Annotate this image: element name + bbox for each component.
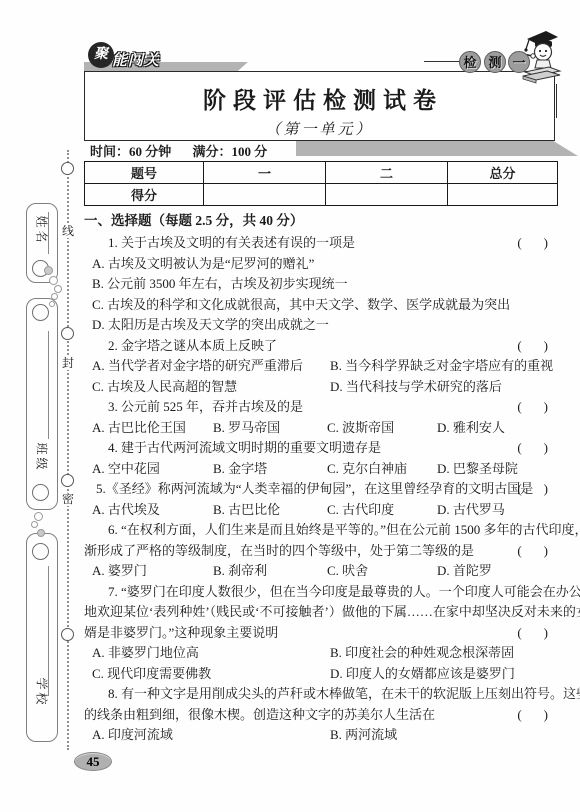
- brand-logo-head: 聚: [88, 42, 114, 68]
- question-text: 8. 有一种文字是用削成尖头的芦秆或木棒做笔，在未干的软泥版上压刻出符号。这些符…: [108, 686, 580, 701]
- chain-dot: [49, 301, 55, 307]
- option-text: C. 波斯帝国: [327, 418, 394, 439]
- paper-subtitle: （第一单元）: [85, 118, 554, 139]
- answer-bracket[interactable]: (): [517, 336, 548, 357]
- school-label: 学校: [34, 677, 51, 707]
- option-text: D. 巴黎圣母院: [437, 459, 518, 480]
- exam-meta: 时间：60 分钟 满分：100 分: [90, 141, 285, 160]
- option-text: A. 印度河流域: [92, 725, 173, 746]
- section-heading: 一、选择题（每题 2.5 分，共 40 分）: [84, 209, 303, 229]
- col-question-number: 题号: [85, 162, 204, 184]
- chain-dot: [51, 293, 58, 300]
- brand-logo-tail: 能闯关: [112, 49, 160, 70]
- full-score: 满分：100 分: [193, 144, 268, 159]
- option-text: D. 雅利安人: [437, 418, 505, 439]
- question-line: 婿是非婆罗门。”这种现象主要说明(): [84, 623, 558, 644]
- tag-ring: [32, 484, 49, 501]
- option-text: B. 印度社会的种姓观念根深蒂固: [330, 643, 514, 664]
- option-line: C. 古埃及人民高超的智慧D. 当代科技与学术研究的落后: [84, 377, 558, 398]
- page-number-badge: 45: [74, 752, 112, 771]
- score-cell-one[interactable]: [204, 184, 326, 206]
- question-text: 6. “在权利方面，人们生来是而且始终是平等的。”但在公元前 1500 多年的古…: [108, 522, 580, 537]
- chain-dot: [44, 266, 53, 275]
- score-table-header-row: 题号 一 二 总分: [85, 162, 558, 184]
- section-note: （每题 2.5 分，共 40 分）: [152, 213, 304, 228]
- seal-field-class: 班级: [26, 298, 58, 510]
- question-line: 8. 有一种文字是用削成尖头的芦秆或木棒做笔，在未干的软泥版上压刻出符号。这些符…: [84, 684, 558, 705]
- class-blank-line[interactable]: [48, 331, 49, 439]
- badge-circle-ce: 测: [484, 51, 506, 73]
- option-text: A. 当代学者对金字塔的研究严重滞后: [92, 356, 303, 377]
- seal-field-name: 姓名: [26, 203, 58, 283]
- option-text: C. 克尔白神庙: [327, 459, 407, 480]
- option-text: B. 古巴比伦: [213, 500, 280, 521]
- chain-dot: [54, 285, 62, 293]
- answer-bracket[interactable]: (): [517, 438, 548, 459]
- col-part-two: 二: [326, 162, 448, 184]
- chain-dot: [34, 512, 43, 521]
- question-line: 1. 关于古埃及文明的有关表述有误的一项是(): [84, 233, 558, 254]
- option-text: A. 空中花园: [92, 459, 160, 480]
- question-line: 渐形成了严格的等级制度，在当时的四个等级中，处于第二等级的是(): [84, 541, 558, 562]
- chain-dot: [37, 529, 45, 537]
- option-text: A. 古埃及文明被认为是“尼罗河的赠礼”: [92, 254, 314, 275]
- chain-dot: [49, 276, 58, 285]
- score-table: 题号 一 二 总分 得分: [84, 161, 558, 206]
- col-part-one: 一: [204, 162, 326, 184]
- option-line: D. 太阳历是古埃及天文学的突出成就之一: [84, 315, 558, 336]
- question-text: 7. “婆罗门在印度人数很少，但在当今印度是最尊贵的人。一个印度人可能会在办公室…: [108, 584, 580, 599]
- section-title: 一、选择题: [84, 213, 152, 228]
- page-number: 45: [87, 754, 100, 769]
- option-line: B. 公元前 3500 年左右，古埃及初步实现统一: [84, 274, 558, 295]
- exam-paper-sheet: 线 封 密 姓名 班级 学校 阶段评估检测试卷 （第一单元） 聚 能闯关 检 测…: [0, 0, 580, 812]
- option-line: A. 当代学者对金字塔的研究严重滞后B. 当今科学界缺乏对金字塔应有的重视: [84, 356, 558, 377]
- question-text: 渐形成了严格的等级制度，在当时的四个等级中，处于第二等级的是: [84, 543, 474, 558]
- question-text: 5.《圣经》称两河流域为“人类幸福的伊甸园”，在这里曾经孕育的文明古国是: [96, 481, 533, 496]
- badge-circle-jian: 检: [459, 51, 481, 73]
- option-text: D. 当代科技与学术研究的落后: [330, 377, 502, 398]
- question-text: 1. 关于古埃及文明的有关表述有误的一项是: [108, 235, 355, 250]
- option-text: D. 印度人的女婿都应该是婆罗门: [330, 664, 515, 685]
- seal-char-mi: 密: [61, 492, 75, 506]
- option-line: A. 古埃及文明被认为是“尼罗河的赠礼”: [84, 254, 558, 275]
- option-text: C. 古埃及的科学和文化成就很高，其中天文学、数学、医学成就最为突出: [92, 295, 510, 316]
- question-line: 2. 金字塔之谜从本质上反映了(): [84, 336, 558, 357]
- questions: 1. 关于古埃及文明的有关表述有误的一项是()A. 古埃及文明被认为是“尼罗河的…: [84, 233, 558, 746]
- option-text: A. 婆罗门: [92, 561, 147, 582]
- col-total: 总分: [448, 162, 558, 184]
- answer-bracket[interactable]: (): [517, 479, 548, 500]
- seal-char-xian: 线: [61, 224, 75, 238]
- option-text: B. 公元前 3500 年左右，古埃及初步实现统一: [92, 274, 348, 295]
- option-text: C. 吠舍: [327, 561, 368, 582]
- question-text: 的线条由粗到细，很像木楔。创造这种文字的苏美尔人生活在: [84, 707, 435, 722]
- question-line: 7. “婆罗门在印度人数很少，但在当今印度是最尊贵的人。一个印度人可能会在办公室…: [84, 582, 558, 603]
- option-text: A. 古代埃及: [92, 500, 160, 521]
- answer-bracket[interactable]: (): [517, 233, 548, 254]
- seal-field-school: 学校: [26, 533, 58, 742]
- score-cell-two[interactable]: [326, 184, 448, 206]
- option-line: A. 古代埃及B. 古巴比伦C. 古代印度D. 古代罗马: [84, 500, 558, 521]
- question-text: 4. 建于古代两河流域文明时期的重要文明遗存是: [108, 440, 381, 455]
- option-line: A. 非婆罗门地位高B. 印度社会的种姓观念根深蒂固: [84, 643, 558, 664]
- option-line: A. 古巴比伦王国B. 罗马帝国C. 波斯帝国D. 雅利安人: [84, 418, 558, 439]
- option-text: C. 古埃及人民高超的智慧: [92, 377, 237, 398]
- class-label: 班级: [34, 442, 51, 472]
- question-line: 的线条由粗到细，很像木楔。创造这种文字的苏美尔人生活在(): [84, 705, 558, 726]
- seal-line-ring: [61, 162, 74, 175]
- option-text: B. 罗马帝国: [213, 418, 280, 439]
- name-label: 姓名: [34, 215, 51, 245]
- option-line: A. 空中花园B. 金字塔C. 克尔白神庙D. 巴黎圣母院: [84, 459, 558, 480]
- question-line: 3. 公元前 525 年，吞并古埃及的是(): [84, 397, 558, 418]
- option-text: D. 太阳历是古埃及天文学的突出成就之一: [92, 315, 329, 336]
- option-text: B. 刹帝利: [213, 561, 267, 582]
- answer-bracket[interactable]: (): [517, 705, 548, 726]
- answer-bracket[interactable]: (): [517, 623, 548, 644]
- option-text: B. 两河流域: [330, 725, 397, 746]
- tag-ring: [32, 543, 49, 560]
- question-text: 婿是非婆罗门。”这种现象主要说明: [84, 625, 278, 640]
- title-box: 阶段评估检测试卷 （第一单元）: [84, 71, 555, 141]
- answer-bracket[interactable]: (): [517, 397, 548, 418]
- option-text: C. 现代印度需要佛教: [92, 664, 211, 685]
- question-line: 地欢迎某位‘表列种姓’（贱民或‘不可接触者’）做他的下属……在家中却坚决反对未来…: [84, 602, 558, 623]
- chain-dot: [31, 521, 38, 528]
- question-text: 地欢迎某位‘表列种姓’（贱民或‘不可接触者’）做他的下属……在家中却坚决反对未来…: [84, 604, 580, 619]
- seal-line-ring: [61, 327, 74, 340]
- score-table-score-row: 得分: [85, 184, 558, 206]
- option-text: B. 当今科学界缺乏对金字塔应有的重视: [330, 356, 553, 377]
- paper-title: 阶段评估检测试卷: [85, 82, 554, 115]
- score-cell-total[interactable]: [448, 184, 558, 206]
- option-text: A. 非婆罗门地位高: [92, 643, 199, 664]
- option-text: D. 古代罗马: [437, 500, 505, 521]
- question-line: 6. “在权利方面，人们生来是而且始终是平等的。”但在公元前 1500 多年的古…: [84, 520, 558, 541]
- badge-circle-yi: 一: [508, 51, 530, 73]
- seal-dotted-line: [67, 150, 69, 750]
- question-line: 4. 建于古代两河流域文明时期的重要文明遗存是(): [84, 438, 558, 459]
- option-line: A. 印度河流域B. 两河流域: [84, 725, 558, 746]
- option-line: C. 现代印度需要佛教D. 印度人的女婿都应该是婆罗门: [84, 664, 558, 685]
- option-text: C. 古代印度: [327, 500, 394, 521]
- option-line: A. 婆罗门B. 刹帝利C. 吠舍D. 首陀罗: [84, 561, 558, 582]
- mascot-connector-line: [556, 84, 557, 118]
- answer-bracket[interactable]: (): [517, 541, 548, 562]
- question-text: 3. 公元前 525 年，吞并古埃及的是: [108, 399, 303, 414]
- tag-ring: [32, 304, 49, 321]
- seal-line-ring: [61, 628, 74, 641]
- time-limit: 时间：60 分钟: [90, 144, 171, 159]
- badge-connector-line: [424, 61, 460, 62]
- seal-char-feng: 封: [61, 356, 75, 370]
- option-text: B. 金字塔: [213, 459, 267, 480]
- row-score-label: 得分: [85, 184, 204, 206]
- question-text: 2. 金字塔之谜从本质上反映了: [108, 338, 277, 353]
- option-text: D. 首陀罗: [437, 561, 492, 582]
- question-line: 5.《圣经》称两河流域为“人类幸福的伊甸园”，在这里曾经孕育的文明古国是(): [84, 479, 558, 500]
- option-text: A. 古巴比伦王国: [92, 418, 186, 439]
- option-line: C. 古埃及的科学和文化成就很高，其中天文学、数学、医学成就最为突出: [84, 295, 558, 316]
- seal-line-ring: [61, 474, 74, 487]
